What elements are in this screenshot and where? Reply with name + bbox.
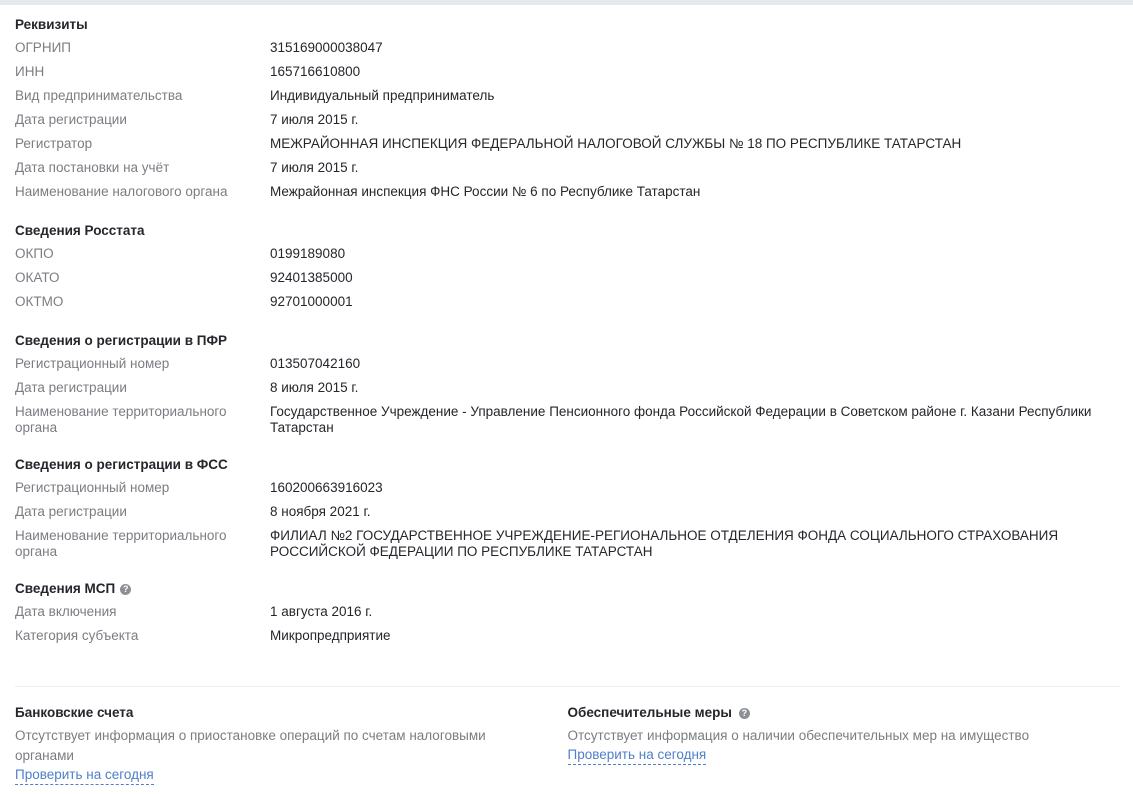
row-value: 8 июля 2015 г. bbox=[270, 376, 1120, 400]
row-value: Индивидуальный предприниматель bbox=[270, 84, 1120, 108]
row-fss-authority: Наименование территориального органаФИЛИ… bbox=[15, 524, 1120, 562]
row-value: Государственное Учреждение - Управление … bbox=[270, 400, 1120, 438]
row-value: 0199189080 bbox=[270, 242, 1120, 266]
row-msp-date: Дата включения1 августа 2016 г. bbox=[15, 600, 1120, 624]
row-fss-number: Регистрационный номер160200663916023 bbox=[15, 476, 1120, 500]
security-measures-text: Отсутствует информация о наличии обеспеч… bbox=[568, 726, 1088, 746]
row-label: Дата регистрации bbox=[15, 108, 270, 132]
row-label: Наименование территориального органа bbox=[15, 524, 245, 562]
security-measures-title-text: Обеспечительные меры bbox=[568, 703, 732, 723]
row-fss-date: Дата регистрации8 ноября 2021 г. bbox=[15, 500, 1120, 524]
divider bbox=[15, 686, 1120, 687]
bank-accounts-title: Банковские счета bbox=[15, 703, 568, 723]
row-pfr-authority: Наименование территориального органаГосу… bbox=[15, 400, 1120, 438]
section-title-text: Сведения МСП bbox=[15, 578, 115, 600]
row-pfr-date: Дата регистрации8 июля 2015 г. bbox=[15, 376, 1120, 400]
bank-accounts-block: Банковские счета Отсутствует информация … bbox=[15, 703, 568, 785]
top-border bbox=[0, 0, 1133, 5]
row-value: 7 июля 2015 г. bbox=[270, 108, 1120, 132]
row-value: Межрайонная инспекция ФНС России № 6 по … bbox=[270, 180, 1120, 204]
row-value: 92701000001 bbox=[270, 290, 1120, 314]
row-label: Категория субъекта bbox=[15, 624, 270, 648]
row-okato: ОКАТО92401385000 bbox=[15, 266, 1120, 290]
row-value: 013507042160 bbox=[270, 352, 1120, 376]
row-label: Дата регистрации bbox=[15, 376, 270, 400]
section-title: Реквизиты bbox=[15, 14, 1120, 36]
security-measures-title: Обеспечительные меры ? bbox=[568, 703, 1121, 723]
section-msp: Сведения МСП ? Дата включения1 августа 2… bbox=[15, 578, 1120, 648]
row-label: Наименование налогового органа bbox=[15, 180, 270, 204]
row-registrar: РегистраторМЕЖРАЙОННАЯ ИНСПЕКЦИЯ ФЕДЕРАЛ… bbox=[15, 132, 1120, 156]
row-value: 160200663916023 bbox=[270, 476, 1120, 500]
row-oktmo: ОКТМО92701000001 bbox=[15, 290, 1120, 314]
row-label: Дата включения bbox=[15, 600, 270, 624]
row-label: Наименование территориального органа bbox=[15, 400, 245, 438]
row-value: 1 августа 2016 г. bbox=[270, 600, 1120, 624]
row-label: ОКАТО bbox=[15, 266, 270, 290]
row-registration-accounting-date: Дата постановки на учёт7 июля 2015 г. bbox=[15, 156, 1120, 180]
row-business-type: Вид предпринимательстваИндивидуальный пр… bbox=[15, 84, 1120, 108]
row-label: Вид предпринимательства bbox=[15, 84, 270, 108]
row-label: Регистрационный номер bbox=[15, 476, 270, 500]
bank-accounts-check-link[interactable]: Проверить на сегодня bbox=[15, 766, 154, 785]
security-measures-check-link[interactable]: Проверить на сегодня bbox=[568, 746, 707, 765]
row-label: Регистратор bbox=[15, 132, 270, 156]
help-icon[interactable]: ? bbox=[120, 584, 131, 595]
bank-accounts-text: Отсутствует информация о приостановке оп… bbox=[15, 726, 535, 766]
row-inn: ИНН165716610800 bbox=[15, 60, 1120, 84]
row-ogrnip: ОГРНИП315169000038047 bbox=[15, 36, 1120, 60]
row-value: 8 ноября 2021 г. bbox=[270, 500, 1120, 524]
row-value: Микропредприятие bbox=[270, 624, 1120, 648]
row-msp-category: Категория субъектаМикропредприятие bbox=[15, 624, 1120, 648]
row-label: ОКТМО bbox=[15, 290, 270, 314]
section-rosstat: Сведения Росстата ОКПО0199189080 ОКАТО92… bbox=[15, 220, 1120, 314]
section-fss: Сведения о регистрации в ФСС Регистрацио… bbox=[15, 454, 1120, 562]
row-label: Регистрационный номер bbox=[15, 352, 270, 376]
bottom-info: Банковские счета Отсутствует информация … bbox=[15, 703, 1120, 785]
section-title: Сведения о регистрации в ФСС bbox=[15, 454, 1120, 476]
section-title: Сведения Росстата bbox=[15, 220, 1120, 242]
section-pfr: Сведения о регистрации в ПФР Регистрацио… bbox=[15, 330, 1120, 438]
section-requisites: Реквизиты ОГРНИП315169000038047 ИНН16571… bbox=[15, 14, 1120, 204]
section-title: Сведения о регистрации в ПФР bbox=[15, 330, 1120, 352]
row-value: ФИЛИАЛ №2 ГОСУДАРСТВЕННОЕ УЧРЕЖДЕНИЕ-РЕГ… bbox=[270, 524, 1120, 562]
row-pfr-number: Регистрационный номер013507042160 bbox=[15, 352, 1120, 376]
row-value: 7 июля 2015 г. bbox=[270, 156, 1120, 180]
requisites-content: Реквизиты ОГРНИП315169000038047 ИНН16571… bbox=[15, 14, 1120, 664]
row-value: МЕЖРАЙОННАЯ ИНСПЕКЦИЯ ФЕДЕРАЛЬНОЙ НАЛОГО… bbox=[270, 132, 1120, 156]
row-value: 165716610800 bbox=[270, 60, 1120, 84]
row-label: Дата постановки на учёт bbox=[15, 156, 270, 180]
row-tax-authority: Наименование налогового органаМежрайонна… bbox=[15, 180, 1120, 204]
row-label: Дата регистрации bbox=[15, 500, 270, 524]
section-title: Сведения МСП ? bbox=[15, 578, 1120, 600]
security-measures-block: Обеспечительные меры ? Отсутствует инфор… bbox=[568, 703, 1121, 785]
row-okpo: ОКПО0199189080 bbox=[15, 242, 1120, 266]
row-value: 92401385000 bbox=[270, 266, 1120, 290]
row-registration-date: Дата регистрации7 июля 2015 г. bbox=[15, 108, 1120, 132]
row-label: ОКПО bbox=[15, 242, 270, 266]
help-icon[interactable]: ? bbox=[739, 708, 750, 719]
row-label: ОГРНИП bbox=[15, 36, 270, 60]
row-label: ИНН bbox=[15, 60, 270, 84]
row-value: 315169000038047 bbox=[270, 36, 1120, 60]
